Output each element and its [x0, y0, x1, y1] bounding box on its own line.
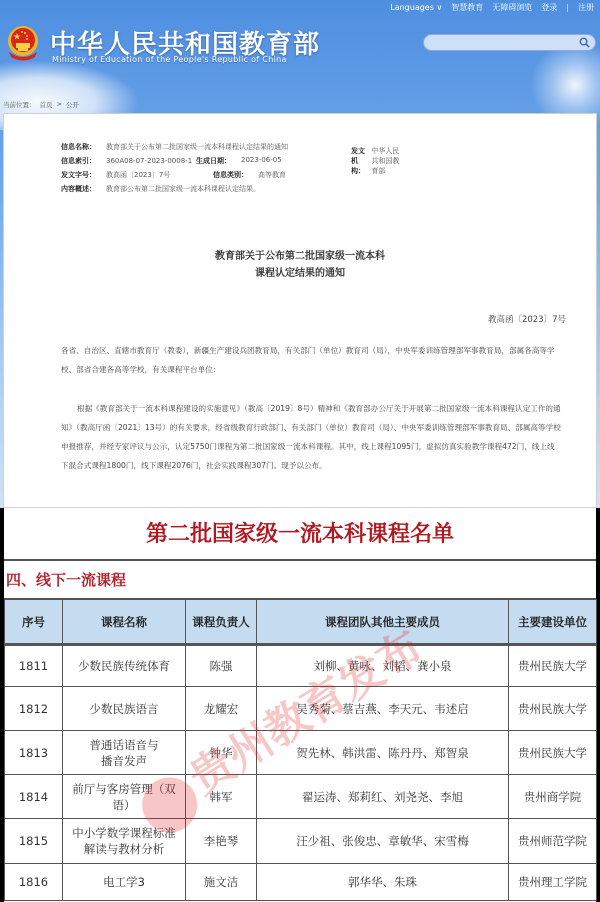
cell-team-members: 翟运涛、郑莉红、刘尧尧、李旭: [257, 775, 509, 819]
meta-issuer: 中华人民共和国教育部: [371, 146, 403, 176]
cell-serial: 1814: [5, 775, 63, 819]
header-leader: 课程负责人: [186, 600, 257, 645]
meta-row-docno: 发文字号： 教高函〔2023〕7号 信息类别： 高等教育: [61, 168, 288, 182]
languages-dropdown[interactable]: Languages ∨: [390, 3, 442, 12]
cell-institution: 贵州民族大学: [509, 687, 597, 731]
header-serial: 序号: [5, 600, 63, 645]
table-header-row: 序号 课程名称 课程负责人 课程团队其他主要成员 主要建设单位: [5, 600, 597, 645]
cell-course-name: 电工学3: [63, 864, 186, 901]
document-number: 教高函〔2023〕7号: [488, 313, 566, 325]
cell-leader: 施文洁: [186, 864, 257, 901]
top-links: Languages ∨ 智慧教育 无障碍浏览 登录 | 注册: [390, 2, 594, 13]
accessibility-link[interactable]: 无障碍浏览: [492, 2, 532, 13]
cell-institution: 贵州民族大学: [509, 645, 597, 687]
course-list-image: 第二批国家级一流本科课程名单 四、线下一流课程 序号 课程名称 课程负责人 课程…: [0, 508, 600, 902]
meta-label: 发文字号：: [61, 170, 106, 180]
header-institution: 主要建设单位: [509, 600, 597, 645]
cell-serial: 1813: [5, 731, 63, 775]
document-title-line1: 教育部关于公布第二批国家级一流本科: [4, 248, 596, 265]
document-meta: 信息名称： 教育部关于公布第二批国家级一流本科课程认定结果的通知 信息索引： 3…: [61, 140, 288, 196]
cell-institution: 贵州民族大学: [509, 731, 597, 775]
meta-category: 高等教育: [258, 170, 286, 180]
meta-label: 信息名称：: [61, 142, 106, 152]
table-row: 1813 普通话语音与播音发声 钟华 贺先林、韩洪雷、陈丹丹、郑智泉 贵州民族大…: [5, 731, 597, 775]
cell-leader: 韩军: [186, 775, 257, 819]
header-team-members: 课程团队其他主要成员: [257, 600, 509, 645]
table-row: 1811 少数民族传统体育 陈强 刘柳、黄咏、刘韬、龚小泉 贵州民族大学: [5, 645, 597, 687]
meta-label: 生成日期：: [196, 156, 241, 166]
meta-label: 发文机构：: [351, 146, 371, 176]
meta-info-name: 教育部关于公布第二批国家级一流本科课程认定结果的通知: [106, 142, 288, 152]
meta-label: 内容概述：: [61, 184, 106, 194]
cell-serial: 1812: [5, 687, 63, 731]
cell-leader: 陈强: [186, 645, 257, 687]
course-list-title: 第二批国家级一流本科课程名单: [4, 508, 596, 561]
meta-row-index: 信息索引： 360A08-07-2023-0008-1 生成日期： 2023-0…: [61, 154, 288, 168]
document-card: 信息名称： 教育部关于公布第二批国家级一流本科课程认定结果的通知 信息索引： 3…: [3, 113, 597, 508]
cell-institution: 贵州商学院: [509, 775, 597, 819]
cell-course-name: 普通话语音与播音发声: [63, 731, 186, 775]
breadcrumb-home[interactable]: 首页: [40, 100, 53, 109]
cell-team-members: 贺先林、韩洪雷、陈丹丹、郑智泉: [257, 731, 509, 775]
meta-index: 360A08-07-2023-0008-1: [106, 157, 192, 165]
document-title-line2: 课程认定结果的通知: [4, 265, 596, 282]
national-emblem-icon: [5, 24, 41, 62]
smart-education-link[interactable]: 智慧教育: [451, 2, 483, 13]
meta-date: 2023-06-05: [241, 156, 282, 166]
cell-course-name: 少数民族语言: [63, 687, 186, 731]
cell-team-members: 刘柳、黄咏、刘韬、龚小泉: [257, 645, 509, 687]
moe-website: 中华人民共和国教育部 Ministry of Education of the …: [0, 0, 600, 508]
meta-row-name: 信息名称： 教育部关于公布第二批国家级一流本科课程认定结果的通知: [61, 140, 288, 154]
cell-team-members: 吴秀菊、蔡吉燕、李天元、韦述启: [257, 687, 509, 731]
cell-leader: 钟华: [186, 731, 257, 775]
login-link[interactable]: 登录: [541, 2, 557, 13]
header-course-name: 课程名称: [63, 600, 186, 645]
meta-label: 信息类别：: [213, 170, 258, 180]
cell-course-name: 少数民族传统体育: [63, 645, 186, 687]
register-link[interactable]: 注册: [578, 2, 594, 13]
cell-institution: 贵州理工学院: [509, 864, 597, 901]
search-box: [423, 34, 596, 51]
cell-serial: 1815: [5, 819, 63, 864]
site-subtitle: Ministry of Education of the People's Re…: [52, 55, 287, 64]
breadcrumb-separator: >: [57, 100, 62, 109]
meta-summary: 教育部公布第二批国家级一流本科课程认定结果。: [106, 184, 260, 194]
table-row: 1815 中小学数学课程标准解读与教材分析 李艳琴 汪少祖、张俊忠、章敏华、宋雪…: [5, 819, 597, 864]
cell-leader: 龙耀宏: [186, 687, 257, 731]
cell-institution: 贵州师范学院: [509, 819, 597, 864]
cell-leader: 李艳琴: [186, 819, 257, 864]
breadcrumb: 当前位置： 首页 > 公开: [3, 100, 79, 109]
course-list-sheet: 第二批国家级一流本科课程名单 四、线下一流课程 序号 课程名称 课程负责人 课程…: [4, 508, 596, 902]
section-title: 四、线下一流课程: [4, 561, 596, 599]
search-input[interactable]: [424, 40, 574, 55]
meta-row-summary: 内容概述： 教育部公布第二批国家级一流本科课程认定结果。: [61, 182, 288, 196]
link-separator: |: [566, 3, 569, 12]
document-title: 教育部关于公布第二批国家级一流本科 课程认定结果的通知: [4, 248, 596, 282]
table-row: 1814 前厅与客房管理（双语） 韩军 翟运涛、郑莉红、刘尧尧、李旭 贵州商学院: [5, 775, 597, 819]
meta-label: 信息索引：: [61, 156, 106, 166]
search-icon[interactable]: [579, 37, 590, 48]
document-body-paragraph: 根据《教育部关于一流本科课程建设的实施意见》（教高〔2019〕8号）精神和《教育…: [61, 399, 561, 475]
cell-serial: 1816: [5, 864, 63, 901]
meta-doc-no: 教高函〔2023〕7号: [106, 170, 170, 180]
cell-course-name: 前厅与客房管理（双语）: [63, 775, 186, 819]
document-addressee-paragraph: 各省、自治区、直辖市教育厅（教委），新疆生产建设兵团教育局，有关部门（单位）教育…: [61, 341, 561, 379]
breadcrumb-public[interactable]: 公开: [66, 100, 79, 109]
cell-team-members: 汪少祖、张俊忠、章敏华、宋雪梅: [257, 819, 509, 864]
cell-team-members: 郭华华、朱珠: [257, 864, 509, 901]
breadcrumb-label: 当前位置：: [3, 100, 36, 109]
table-row: 1816 电工学3 施文洁 郭华华、朱珠 贵州理工学院: [5, 864, 597, 901]
cell-serial: 1811: [5, 645, 63, 687]
table-row: 1812 少数民族语言 龙耀宏 吴秀菊、蔡吉燕、李天元、韦述启 贵州民族大学: [5, 687, 597, 731]
cell-course-name: 中小学数学课程标准解读与教材分析: [63, 819, 186, 864]
course-table: 序号 课程名称 课程负责人 课程团队其他主要成员 主要建设单位 1811 少数民…: [4, 599, 597, 901]
